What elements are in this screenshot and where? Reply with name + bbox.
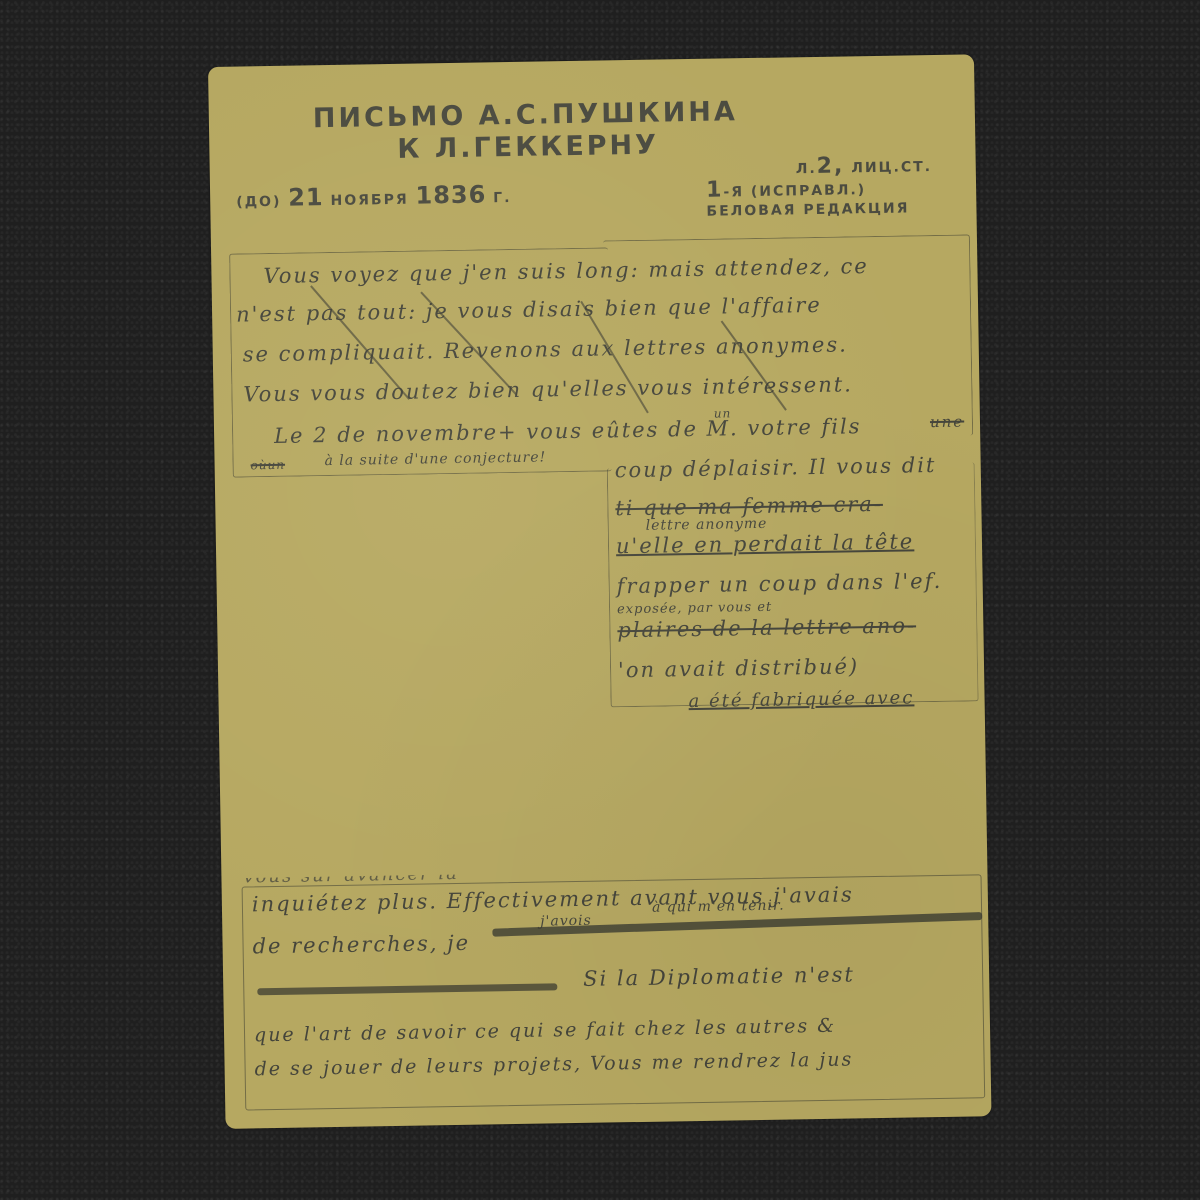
handwriting-insert: à qui m'en tenir. (652, 898, 785, 916)
struck-word: une (930, 413, 964, 432)
sheet-number: 2, (816, 153, 844, 178)
date-day: 21 (288, 183, 324, 212)
date-month: ноября (330, 192, 408, 209)
letter-page: ПИСЬМО А.С.ПУШКИНА К Л.ГЕККЕРНУ (до) 21 … (208, 54, 992, 1129)
sheet-info: л.2, лиц.ст. 1-я (исправл.) беловая реда… (706, 155, 933, 222)
revision-number: 1 (706, 177, 724, 202)
date-line: (до) 21 ноября 1836 г. (236, 180, 512, 213)
handwriting-line: 'on avait distribué) (618, 654, 859, 682)
date-year: 1836 (415, 180, 486, 209)
page-title: ПИСЬМО А.С.ПУШКИНА (313, 96, 738, 134)
handwriting-line: de recherches, je (252, 931, 470, 959)
handwriting-line: a été fabriquée avec (688, 687, 914, 712)
margin-struck-word: oùun (250, 458, 285, 473)
sheet-prefix: л. (796, 161, 817, 177)
handwriting-insert: exposée, par vous et (617, 600, 772, 618)
date-suffix: г. (493, 190, 512, 206)
page-subtitle: К Л.ГЕККЕРНУ (397, 130, 659, 165)
redaction-label: беловая редакция (706, 199, 933, 222)
handwriting-line: plaires de la lettre ano- (617, 613, 916, 642)
handwriting-line: u'elle en perdait la tête (616, 529, 915, 558)
revision-label: -я (исправл.) (723, 182, 866, 200)
date-prefix: (до) (236, 194, 281, 211)
handwriting-line: Si la Diplomatie n'est (583, 962, 855, 991)
sheet-side: лиц.ст. (851, 159, 932, 176)
handwriting-cut-line: vous sur avancer la (243, 863, 459, 888)
